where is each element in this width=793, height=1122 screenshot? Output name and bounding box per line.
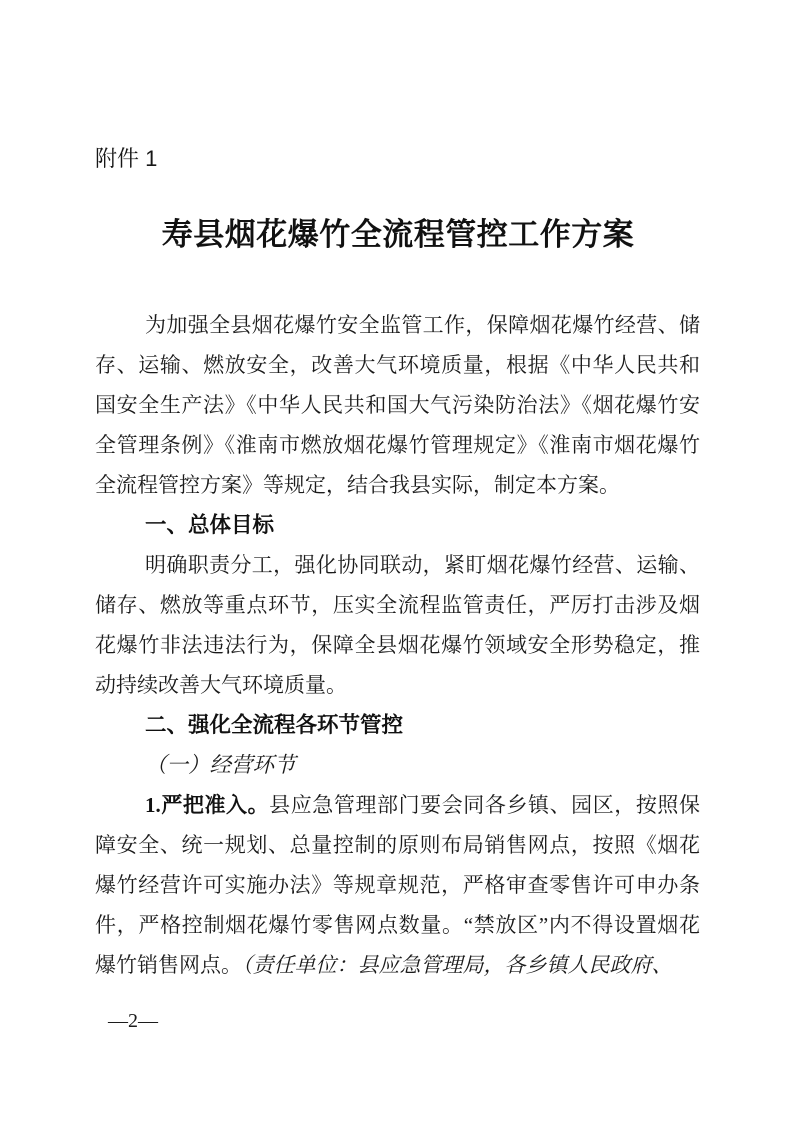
item-1-body: 县应急管理部门要会同各乡镇、园区，按照保障安全、统一规划、总量控制的原则布局销售…: [95, 793, 700, 977]
section-2-heading: 二、强化全流程各环节管控: [95, 705, 700, 745]
subsection-1-heading: （一）经营环节: [95, 745, 700, 785]
item-1-responsibility: （责任单位：县应急管理局，各乡镇人民政府、: [242, 953, 673, 977]
section-1-paragraph: 明确职责分工，强化协同联动，紧盯烟花爆竹经营、运输、储存、燃放等重点环节，压实全…: [95, 545, 700, 705]
document-title: 寿县烟花爆竹全流程管控工作方案: [95, 214, 701, 256]
document-page: 附件 1 寿县烟花爆竹全流程管控工作方案 为加强全县烟花爆竹安全监管工作，保障烟…: [0, 0, 793, 1122]
intro-paragraph: 为加强全县烟花爆竹安全监管工作，保障烟花爆竹经营、储存、运输、燃放安全，改善大气…: [95, 305, 700, 505]
document-body: 为加强全县烟花爆竹安全监管工作，保障烟花爆竹经营、储存、运输、燃放安全，改善大气…: [95, 305, 700, 985]
item-1-paragraph: 1.严把准入。县应急管理部门要会同各乡镇、园区，按照保障安全、统一规划、总量控制…: [95, 785, 700, 985]
page-number: —2—: [108, 1006, 158, 1036]
attachment-label: 附件 1: [95, 144, 157, 174]
item-1-label: 1.严把准入。: [145, 793, 269, 817]
section-1-heading: 一、总体目标: [95, 505, 700, 545]
